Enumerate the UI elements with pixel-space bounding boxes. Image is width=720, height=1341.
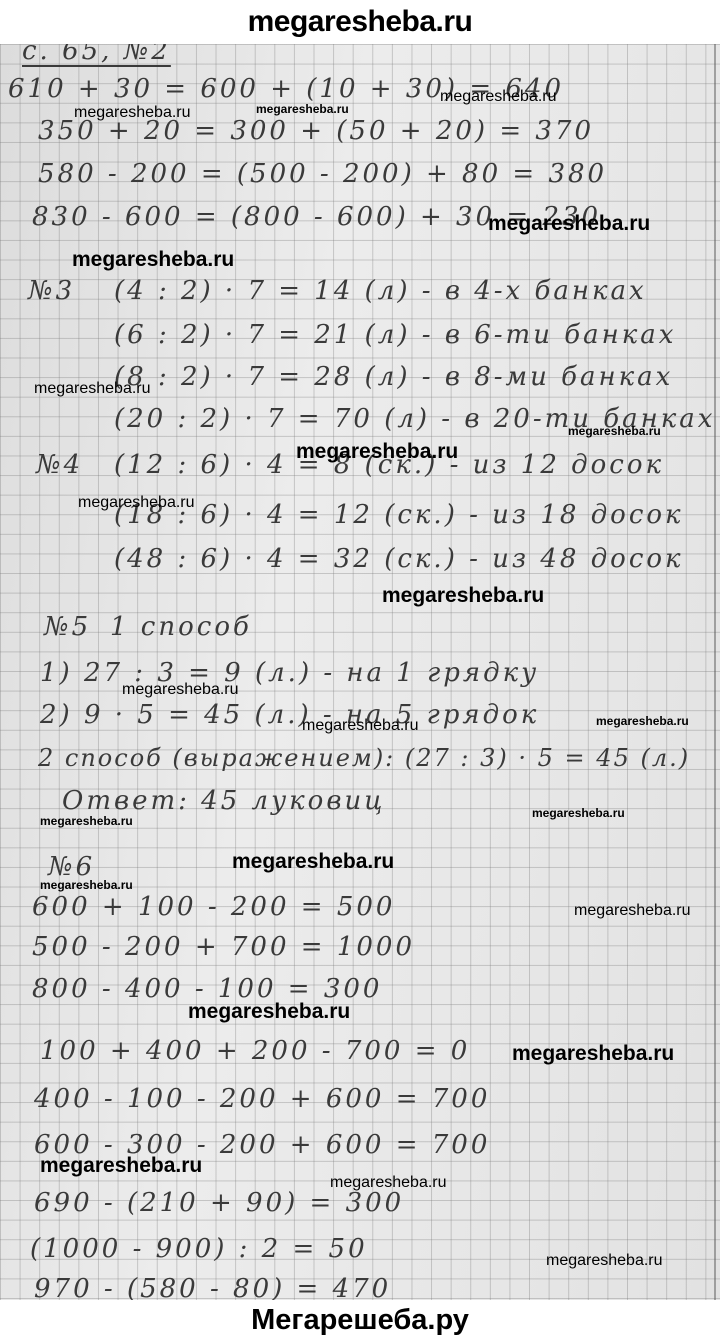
- site-name-ru: Мегарешеба.ру: [251, 1304, 469, 1337]
- site-header: megaresheba.ru: [0, 0, 720, 44]
- task6-line: 690 - (210 + 90) = 300: [34, 1188, 404, 1218]
- watermark: megaresheba.ru: [188, 1000, 350, 1024]
- watermark: megaresheba.ru: [546, 1252, 663, 1270]
- watermark: megaresheba.ru: [488, 212, 650, 236]
- task6-line: 500 - 200 + 700 = 1000: [32, 932, 415, 962]
- watermark: megaresheba.ru: [72, 248, 234, 272]
- site-name: megaresheba.ru: [248, 5, 473, 39]
- watermark: megaresheba.ru: [122, 681, 239, 699]
- page-title: с. 65, №2: [22, 44, 171, 66]
- task3-line: (6 : 2) · 7 = 21 (л) - в 6-ти банках: [114, 320, 676, 350]
- task6-line: 100 + 400 + 200 - 700 = 0: [40, 1036, 470, 1066]
- task6-line: 600 + 100 - 200 = 500: [32, 892, 395, 922]
- watermark: megaresheba.ru: [568, 424, 661, 438]
- watermark: megaresheba.ru: [596, 714, 689, 728]
- task4-label: №4: [36, 450, 83, 480]
- site-footer: Мегарешеба.ру: [0, 1300, 720, 1341]
- watermark: megaresheba.ru: [382, 584, 544, 608]
- watermark: megaresheba.ru: [232, 850, 394, 874]
- task5-line: 2) 9 · 5 = 45 (л.) - на 5 грядок: [40, 700, 539, 730]
- notebook-page: с. 65, №2 610 + 30 = 600 + (10 + 30) = 6…: [0, 44, 720, 1300]
- watermark: megaresheba.ru: [34, 380, 151, 398]
- task5-label: №5: [44, 612, 91, 642]
- task6-line: (1000 - 900) : 2 = 50: [30, 1234, 368, 1264]
- watermark: megaresheba.ru: [40, 1154, 202, 1178]
- watermark: megaresheba.ru: [532, 806, 625, 820]
- task5-method1: 1 способ: [110, 612, 252, 642]
- task6-line: 400 - 100 - 200 + 600 = 700: [34, 1084, 490, 1114]
- task2-line: 580 - 200 = (500 - 200) + 80 = 380: [38, 159, 607, 189]
- watermark: megaresheba.ru: [302, 717, 419, 735]
- task4-line: (18 : 6) · 4 = 12 (ск.) - из 18 досок: [114, 500, 684, 530]
- watermark: megaresheba.ru: [256, 102, 349, 116]
- watermark: megaresheba.ru: [574, 902, 691, 920]
- task3-label: №3: [28, 276, 75, 306]
- task6-line: 970 - (580 - 80) = 470: [34, 1274, 391, 1300]
- task3-line: (4 : 2) · 7 = 14 (л) - в 4-х банках: [114, 276, 647, 306]
- watermark: megaresheba.ru: [40, 878, 133, 892]
- watermark: megaresheba.ru: [78, 494, 195, 512]
- task5-line: 1) 27 : 3 = 9 (л.) - на 1 грядку: [40, 658, 539, 688]
- task3-line: (8 : 2) · 7 = 28 (л) - в 8-ми банках: [114, 362, 673, 392]
- task5-line: 2 способ (выражением): (27 : 3) · 5 = 45…: [38, 744, 690, 772]
- watermark: megaresheba.ru: [512, 1042, 674, 1066]
- task5-answer: Ответ: 45 луковиц: [62, 786, 385, 816]
- watermark: megaresheba.ru: [330, 1174, 447, 1192]
- watermark: megaresheba.ru: [40, 814, 133, 828]
- watermark: megaresheba.ru: [296, 440, 458, 464]
- task4-line: (48 : 6) · 4 = 32 (ск.) - из 48 досок: [114, 544, 684, 574]
- watermark: megaresheba.ru: [440, 88, 557, 106]
- watermark: megaresheba.ru: [74, 104, 191, 122]
